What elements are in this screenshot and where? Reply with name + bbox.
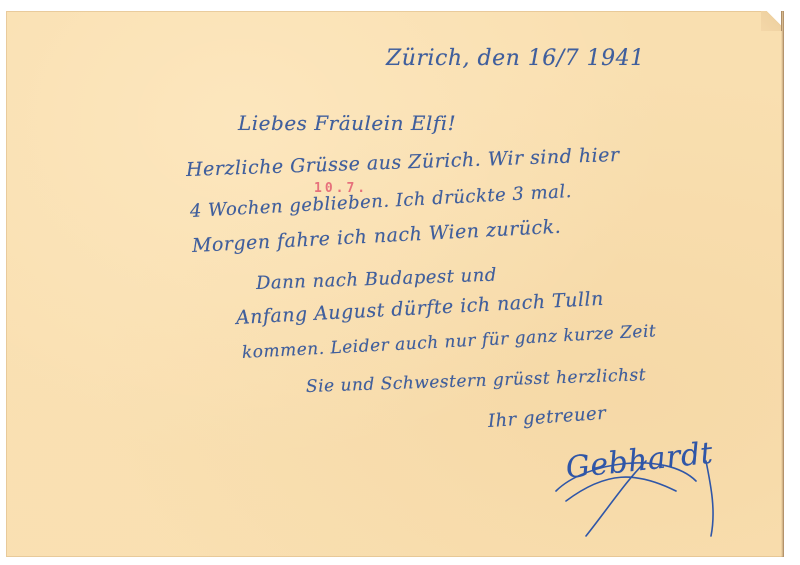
folded-corner [761, 11, 782, 31]
body-line-7: Sie und Schwestern grüsst herzlichst [306, 365, 647, 397]
body-line-4: Dann nach Budapest und [256, 265, 498, 294]
body-line-1: Herzliche Grüsse aus Zürich. Wir sind hi… [186, 144, 620, 181]
postcard: Zürich, den 16/7 1941 Liebes Fräulein El… [6, 11, 784, 557]
valediction: Ihr getreuer [487, 403, 607, 432]
signature-flourish-icon [546, 441, 726, 541]
place-date: Zürich, den 16/7 1941 [386, 46, 645, 71]
salutation: Liebes Fräulein Elfi! [238, 111, 456, 135]
body-line-6: kommen. Leider auch nur für ganz kurze Z… [241, 321, 656, 363]
body-line-2: 4 Wochen geblieben. Ich drückte 3 mal. [189, 181, 572, 222]
body-line-3: Morgen fahre ich nach Wien zurück. [191, 216, 561, 257]
body-line-5: Anfang August dürfte ich nach Tulln [235, 288, 604, 329]
